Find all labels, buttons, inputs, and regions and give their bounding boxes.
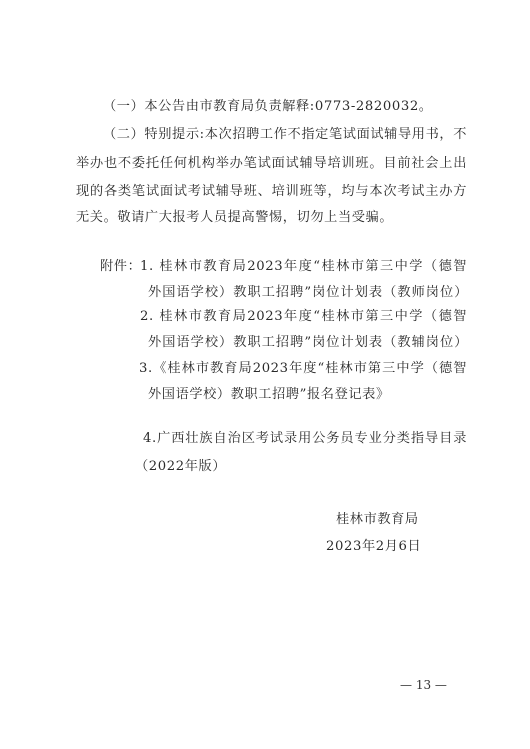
attachment-1-line-2: 外国语学校）教职工招聘”岗位计划表（教师岗位） [148,284,468,302]
attachments-label: 附件： [100,258,141,276]
paragraph-2-line-1: （二）特别提示:本次招聘工作不指定笔试面试辅导用书，不 [103,126,467,144]
attachment-3-line-1: 3.《桂林市教育局2023年度“桂林市第三中学（德智 [139,360,467,378]
signature-date: 2023年2月6日 [326,538,421,556]
signature-issuer: 桂林市教育局 [336,511,419,529]
attachment-2-line-1: 2. 桂林市教育局2023年度“桂林市第三中学（德智 [140,308,467,326]
attachment-4-line-2: （2022年版） [135,458,226,476]
page-number: — 13 — [400,678,447,692]
attachment-4-line-1: 4.广西壮族自治区考试录用公务员专业分类指导目录 [143,430,467,448]
attachment-3-line-2: 外国语学校）教职工招聘”报名登记表》 [148,386,390,404]
paragraph-2-line-2: 举办也不委托任何机构举办笔试面试辅导培训班。目前社会上出 [76,155,467,173]
paragraph-1-line-1: （一）本公告由市教育局负责解释:0773-2820032。 [103,98,433,116]
paragraph-2-line-4: 无关。敬请广大报考人员提高警惕，切勿上当受骗。 [76,209,393,227]
paragraph-2-line-3: 现的各类笔试面试考试辅导班、培训班等，均与本次考试主办方 [76,183,467,201]
attachment-1-line-1: 1. 桂林市教育局2023年度“桂林市第三中学（德智 [140,258,467,276]
attachment-2-line-2: 外国语学校）教职工招聘”岗位计划表（教辅岗位） [148,334,468,352]
